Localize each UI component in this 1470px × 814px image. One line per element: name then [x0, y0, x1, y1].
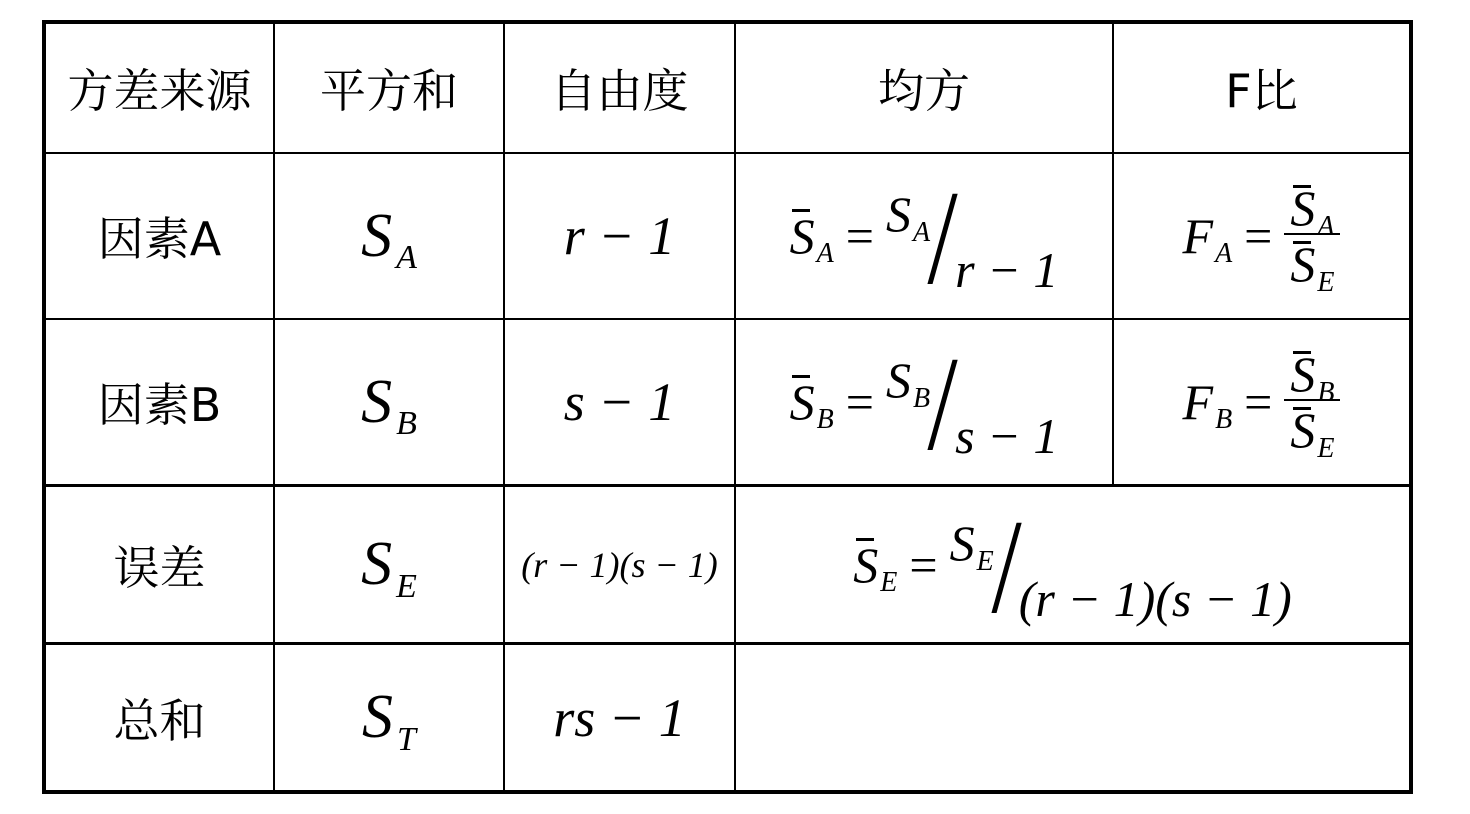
- mean-sq-denominator: (r − 1)(s − 1): [1019, 570, 1292, 628]
- header-degrees-of-freedom: 自由度: [505, 24, 734, 152]
- row-mean-sq-factor-b: SB = SB / s − 1: [736, 320, 1112, 484]
- equals-sign: =: [846, 373, 874, 431]
- row-source-error: 误差: [46, 487, 273, 642]
- sum-sq-subscript: A: [396, 239, 417, 277]
- row-sum-sq-total: ST: [275, 645, 503, 790]
- equals-sign: =: [1244, 373, 1272, 431]
- row-mean-sq-error: SE = SE / (r − 1)(s − 1): [736, 487, 1409, 642]
- sum-sq-subscript: T: [397, 721, 416, 759]
- row-df-factor-b: s − 1: [505, 320, 734, 484]
- mean-sq-lhs-sub: B: [817, 404, 834, 436]
- row-f-ratio-factor-a: FA = SA SE: [1114, 154, 1409, 318]
- empty-cell: [736, 645, 1409, 790]
- sum-sq-symbol: S: [361, 367, 392, 438]
- header-source: 方差来源: [46, 24, 273, 152]
- row-f-ratio-factor-b: FB = SB SE: [1114, 320, 1409, 484]
- mean-sq-lhs: S: [790, 207, 815, 265]
- header-mean-square: 均方: [736, 24, 1112, 152]
- f-ratio-lhs-sub: B: [1215, 404, 1232, 436]
- f-ratio-lhs: F: [1183, 373, 1214, 431]
- f-ratio-numerator-sub: A: [1317, 211, 1334, 242]
- f-ratio-denominator-sub: E: [1317, 433, 1334, 464]
- row-source-factor-b: 因素B: [46, 320, 273, 484]
- mean-sq-lhs-sub: E: [880, 567, 897, 599]
- sum-sq-symbol: S: [362, 682, 393, 753]
- header-sum-of-squares: 平方和: [275, 24, 503, 152]
- row-df-total: rs − 1: [505, 645, 734, 790]
- row-sum-sq-factor-a: SA: [275, 154, 503, 318]
- f-ratio-numerator: S: [1290, 183, 1315, 233]
- row-mean-sq-factor-a: SA = SA / r − 1: [736, 154, 1112, 318]
- sum-sq-subscript: E: [396, 568, 417, 606]
- header-f-ratio: F比: [1114, 24, 1409, 152]
- f-ratio-denominator: S: [1290, 405, 1315, 455]
- sum-sq-subscript: B: [396, 405, 417, 443]
- f-ratio-denominator-sub: E: [1317, 267, 1334, 298]
- row-sum-sq-error: SE: [275, 487, 503, 642]
- sum-sq-symbol: S: [361, 529, 392, 600]
- f-ratio-numerator-sub: B: [1317, 377, 1334, 408]
- mean-sq-numerator: S: [886, 186, 911, 242]
- mean-sq-numerator: S: [886, 352, 911, 408]
- row-sum-sq-factor-b: SB: [275, 320, 503, 484]
- mean-sq-lhs-sub: A: [817, 238, 834, 270]
- f-ratio-denominator: S: [1290, 239, 1315, 289]
- mean-sq-lhs: S: [790, 373, 815, 431]
- mean-sq-numerator: S: [950, 515, 975, 571]
- mean-sq-lhs: S: [853, 536, 878, 594]
- f-ratio-numerator: S: [1290, 349, 1315, 399]
- row-source-total: 总和: [46, 645, 273, 790]
- mean-sq-denominator: r − 1: [955, 241, 1058, 299]
- row-df-factor-a: r − 1: [505, 154, 734, 318]
- f-ratio-lhs: F: [1183, 207, 1214, 265]
- f-ratio-lhs-sub: A: [1215, 238, 1232, 270]
- sum-sq-symbol: S: [361, 201, 392, 272]
- equals-sign: =: [846, 207, 874, 265]
- equals-sign: =: [909, 536, 937, 594]
- row-df-error: (r − 1)(s − 1): [505, 487, 734, 642]
- row-source-factor-a: 因素A: [46, 154, 273, 318]
- equals-sign: =: [1244, 207, 1272, 265]
- mean-sq-denominator: s − 1: [955, 407, 1058, 465]
